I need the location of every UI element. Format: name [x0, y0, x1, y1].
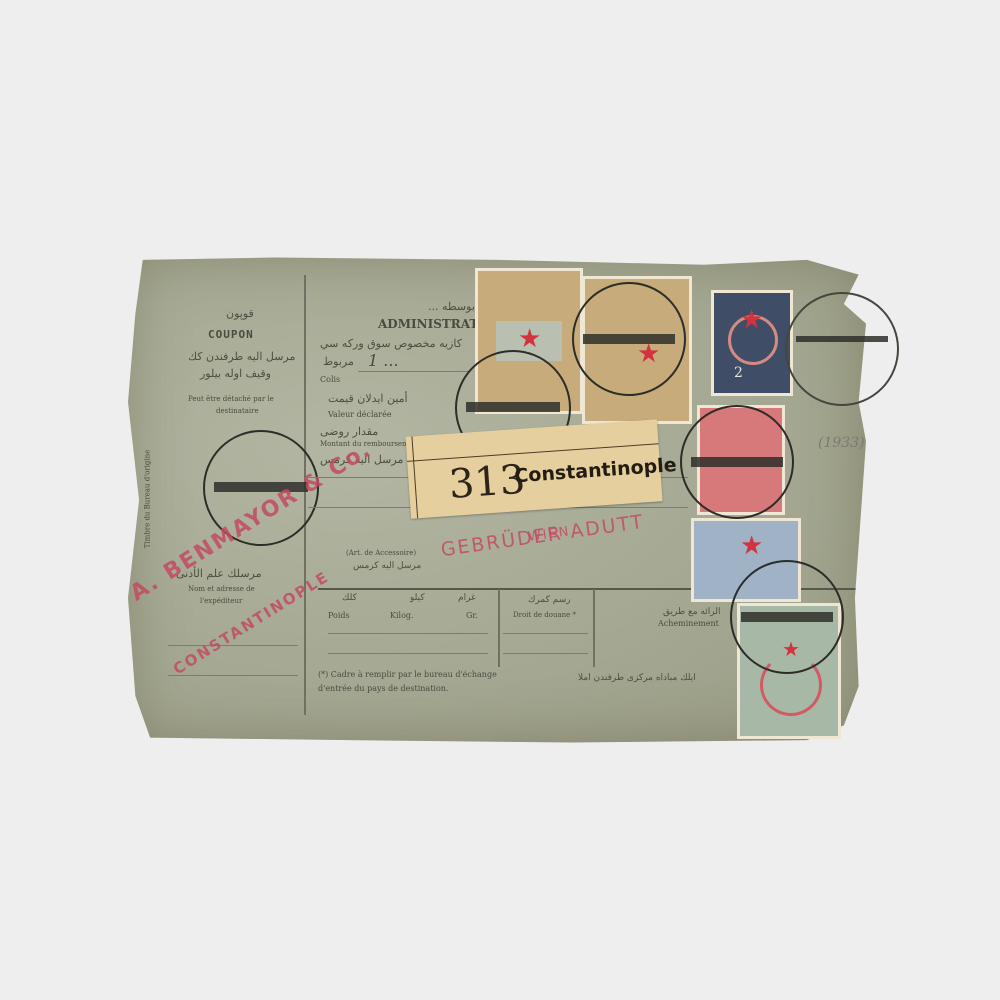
pencil-annotation: (1933): [818, 435, 865, 451]
right-footnote-arabic: ايلك مباداه مركزى طرفندن املا: [578, 673, 696, 683]
value-label: Valeur déclarée: [328, 410, 392, 419]
droit-row-1: [503, 633, 588, 634]
postmark-4: [730, 560, 844, 674]
droit-label: Droit de douane *: [513, 611, 576, 619]
coupon-arabic-line2: وقيف اوله بيلور: [200, 367, 271, 380]
accessoire-label: (Art. de Accessoire): [346, 549, 416, 557]
remb-arabic: مقدار روضى: [320, 425, 378, 438]
coupon-side-text: Timbre du Bureau d'origine: [143, 450, 151, 549]
colis-label: Colis: [320, 375, 340, 384]
droit-arabic: رسم كمرك: [528, 595, 571, 605]
weight-divider-1: [498, 589, 500, 667]
sender-label-line2: l'expéditeur: [200, 597, 242, 605]
coupon-note-line2: destinataire: [216, 407, 259, 415]
droit-row-2: [503, 653, 588, 654]
gr-arabic: غرام: [458, 593, 476, 603]
gr-label: Gr.: [466, 611, 478, 620]
main-arabic-line: كازيه مخصوص سوق وركه سي: [320, 337, 462, 350]
colis-line: [358, 371, 468, 372]
stamp-value: 2: [734, 365, 743, 381]
kilog-arabic: كيلو: [410, 593, 425, 603]
accessoire-arabic: مرسل اليه كرمس: [353, 561, 421, 571]
coupon-note-line1: Peut être détaché par le: [188, 395, 274, 403]
postmark-5: [785, 292, 899, 406]
value-arabic: أمين ايدلان قيمت: [328, 392, 408, 405]
coupon-title: COUPON: [208, 328, 254, 341]
star-icon: ★: [740, 533, 763, 559]
postmark-3: [680, 405, 794, 519]
kilog-label: Kilog.: [390, 611, 414, 620]
weight-row-1: [328, 633, 488, 634]
destination-label: 313 Constantinople: [405, 419, 662, 518]
footnote-line2: d'entrée du pays de destination.: [318, 684, 448, 693]
star-icon: ★: [518, 326, 541, 352]
postmark-2: [572, 282, 686, 396]
colis-value: 1 ...: [368, 351, 399, 370]
coupon-sender-line: [168, 645, 298, 646]
poids-arabic: كلك: [342, 593, 357, 603]
label-city: Constantinople: [514, 454, 678, 487]
coupon-arabic-line1: مرسل اليه طرفندن كك: [188, 350, 295, 363]
coupon-arabic-heading: قوپون: [226, 307, 254, 320]
star-icon: ★: [740, 307, 763, 333]
weight-row-2: [328, 653, 488, 654]
blue-stamp: ★ 2: [711, 290, 793, 396]
weight-divider-2: [593, 589, 595, 667]
colis-arabic: مربوط: [323, 355, 354, 368]
acheminement-label: Acheminement: [658, 619, 719, 628]
acheminement-arabic: الرائه مع طريق: [663, 607, 721, 617]
poids-label: Poids: [328, 611, 350, 620]
coupon-sender-line2: [168, 675, 298, 676]
footnote-line1: (*) Cadre à remplir par le bureau d'écha…: [318, 670, 497, 679]
main-arabic-heading: ... بوسطه: [428, 300, 475, 313]
sender-label-line1: Nom et adresse de: [188, 585, 255, 593]
